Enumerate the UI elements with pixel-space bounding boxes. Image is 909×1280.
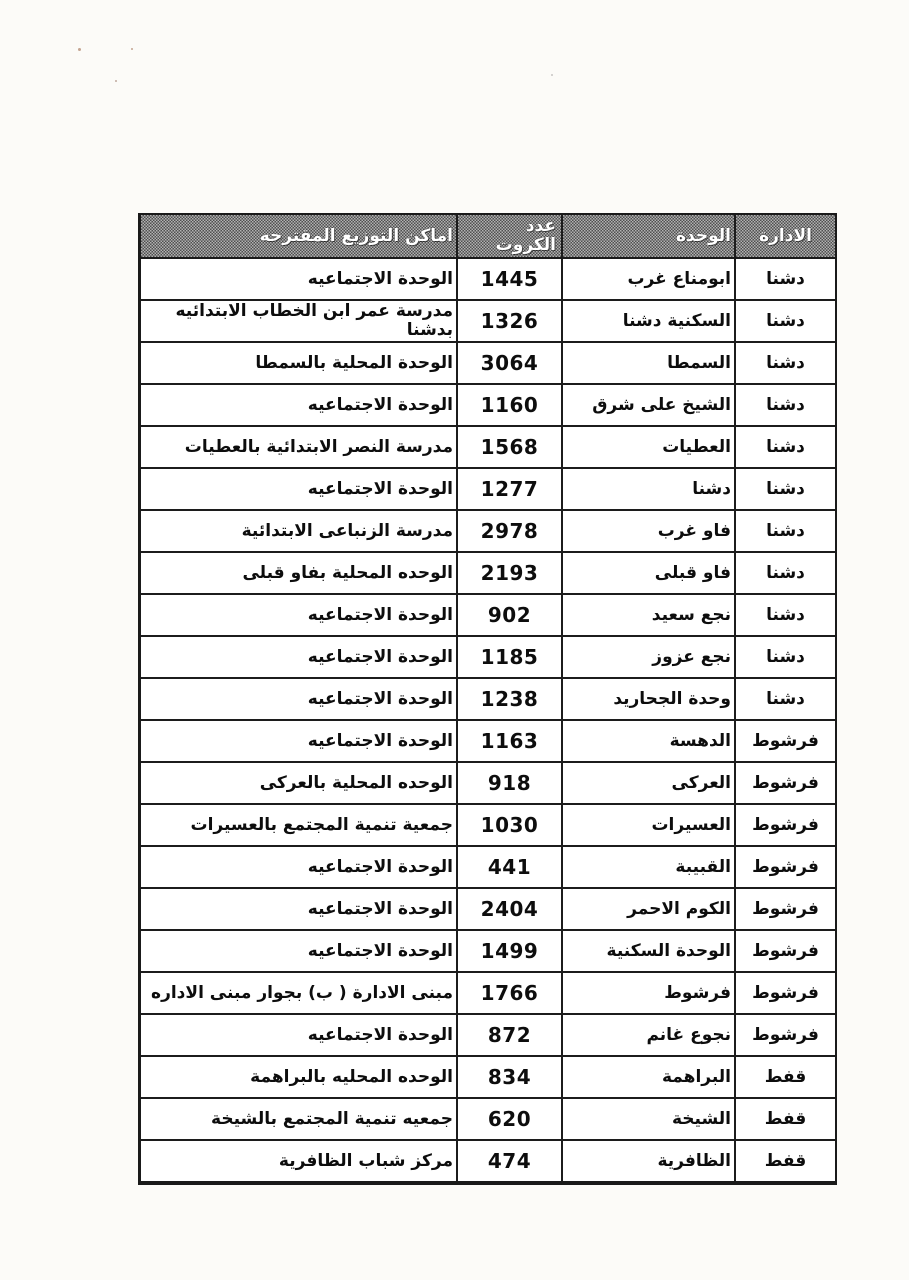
header-administration: الادارة <box>734 215 835 257</box>
cell-card-count: 1445 <box>456 259 561 299</box>
cell-unit: البراهمة <box>561 1057 734 1097</box>
cell-unit: القبيبة <box>561 847 734 887</box>
cell-unit: الشيخ على شرق <box>561 385 734 425</box>
cell-administration: دشنا <box>734 385 835 425</box>
cell-administration: دشنا <box>734 259 835 299</box>
table-row: الوحدة الاجتماعيه 1163 الدهسة فرشوط <box>141 719 835 761</box>
table-row: جمعية تنمية المجتمع بالعسيرات 1030 العسي… <box>141 803 835 845</box>
cell-distribution-place: الوحده المحلية بفاو قبلى <box>141 553 456 593</box>
cell-distribution-place: مبنى الادارة ( ب) بجوار مبنى الاداره <box>141 973 456 1013</box>
header-card-count: عدد الكروت <box>456 215 561 257</box>
table-row: مدرسة النصر الابتدائية بالعطيات 1568 الع… <box>141 425 835 467</box>
cell-unit: الكوم الاحمر <box>561 889 734 929</box>
table-row: الوحدة الاجتماعيه 1185 نجع عزوز دشنا <box>141 635 835 677</box>
cell-administration: دشنا <box>734 637 835 677</box>
table-body: الوحدة الاجتماعيه 1445 ابومناع غرب دشنا … <box>141 259 835 1181</box>
cell-distribution-place: مدرسة الزنباعى الابتدائية <box>141 511 456 551</box>
cell-unit: فرشوط <box>561 973 734 1013</box>
cell-card-count: 1326 <box>456 301 561 341</box>
table-row: مدرسة الزنباعى الابتدائية 2978 فاو غرب د… <box>141 509 835 551</box>
cell-distribution-place: الوحدة الاجتماعيه <box>141 847 456 887</box>
cell-distribution-place: الوحدة الاجتماعيه <box>141 469 456 509</box>
header-distribution-places: اماكن التوزيع المقترحه <box>141 215 456 257</box>
scanned-page: اماكن التوزيع المقترحه عدد الكروت الوحدة… <box>0 0 909 1280</box>
cell-unit: العطيات <box>561 427 734 467</box>
cell-administration: دشنا <box>734 553 835 593</box>
cell-administration: دشنا <box>734 343 835 383</box>
cell-administration: فرشوط <box>734 931 835 971</box>
cell-unit: وحدة الجحاريد <box>561 679 734 719</box>
table-row: الوحده المحلية بفاو قبلى 2193 فاو قبلى د… <box>141 551 835 593</box>
cell-unit: الدهسة <box>561 721 734 761</box>
cell-unit: ابومناع غرب <box>561 259 734 299</box>
cell-distribution-place: الوحدة الاجتماعيه <box>141 637 456 677</box>
cell-distribution-place: الوحدة الاجتماعيه <box>141 595 456 635</box>
cell-distribution-place: الوحدة الاجتماعيه <box>141 889 456 929</box>
cell-card-count: 1160 <box>456 385 561 425</box>
cell-distribution-place: الوحدة الاجتماعيه <box>141 259 456 299</box>
cell-distribution-place: جمعيه تنمية المجتمع بالشيخة <box>141 1099 456 1139</box>
cell-card-count: 620 <box>456 1099 561 1139</box>
scan-speck <box>115 80 117 82</box>
cell-card-count: 1277 <box>456 469 561 509</box>
cell-unit: نجوع غانم <box>561 1015 734 1055</box>
cell-distribution-place: الوحدة الاجتماعيه <box>141 679 456 719</box>
cell-unit: السكنية دشنا <box>561 301 734 341</box>
cell-distribution-place: الوحدة الاجتماعيه <box>141 385 456 425</box>
cell-card-count: 441 <box>456 847 561 887</box>
cell-distribution-place: الوحدة المحلية بالسمطا <box>141 343 456 383</box>
table-row: الوحدة الاجتماعيه 2404 الكوم الاحمر فرشو… <box>141 887 835 929</box>
cell-card-count: 2404 <box>456 889 561 929</box>
cell-distribution-place: مدرسة عمر ابن الخطاب الابتدائيه بدشنا <box>141 301 456 341</box>
cell-administration: دشنا <box>734 511 835 551</box>
scan-speck <box>551 74 553 76</box>
cell-administration: قفط <box>734 1141 835 1181</box>
cell-unit: العركى <box>561 763 734 803</box>
table-row: الوحدة الاجتماعيه 441 القبيبة فرشوط <box>141 845 835 887</box>
scan-speck <box>131 48 133 50</box>
table-row: الوحدة الاجتماعيه 1277 دشنا دشنا <box>141 467 835 509</box>
cell-administration: دشنا <box>734 427 835 467</box>
header-unit: الوحدة <box>561 215 734 257</box>
cell-administration: فرشوط <box>734 847 835 887</box>
cell-card-count: 1766 <box>456 973 561 1013</box>
cell-unit: دشنا <box>561 469 734 509</box>
cell-unit: العسيرات <box>561 805 734 845</box>
cell-card-count: 872 <box>456 1015 561 1055</box>
table-row: الوحدة الاجتماعيه 1160 الشيخ على شرق دشن… <box>141 383 835 425</box>
cell-administration: فرشوط <box>734 721 835 761</box>
cell-card-count: 902 <box>456 595 561 635</box>
table-row: الوحدة الاجتماعيه 872 نجوع غانم فرشوط <box>141 1013 835 1055</box>
table-row: جمعيه تنمية المجتمع بالشيخة 620 الشيخة ق… <box>141 1097 835 1139</box>
cell-card-count: 1185 <box>456 637 561 677</box>
table-row: الوحدة الاجتماعيه 1445 ابومناع غرب دشنا <box>141 259 835 299</box>
cell-administration: دشنا <box>734 469 835 509</box>
cell-distribution-place: جمعية تنمية المجتمع بالعسيرات <box>141 805 456 845</box>
cell-distribution-place: مركز شباب الظافرية <box>141 1141 456 1181</box>
cell-administration: فرشوط <box>734 973 835 1013</box>
cell-unit: فاو قبلى <box>561 553 734 593</box>
cell-administration: فرشوط <box>734 805 835 845</box>
cell-administration: قفط <box>734 1099 835 1139</box>
cell-card-count: 1568 <box>456 427 561 467</box>
cell-card-count: 834 <box>456 1057 561 1097</box>
cell-distribution-place: مدرسة النصر الابتدائية بالعطيات <box>141 427 456 467</box>
cell-card-count: 1499 <box>456 931 561 971</box>
cell-distribution-place: الوحدة الاجتماعيه <box>141 931 456 971</box>
table-header-row: اماكن التوزيع المقترحه عدد الكروت الوحدة… <box>141 215 835 259</box>
cell-administration: فرشوط <box>734 1015 835 1055</box>
cell-card-count: 2978 <box>456 511 561 551</box>
table-row: مبنى الادارة ( ب) بجوار مبنى الاداره 176… <box>141 971 835 1013</box>
cell-distribution-place: الوحده المحلية بالعركى <box>141 763 456 803</box>
table-row: الوحدة المحلية بالسمطا 3064 السمطا دشنا <box>141 341 835 383</box>
cell-distribution-place: الوحدة الاجتماعيه <box>141 721 456 761</box>
cell-card-count: 3064 <box>456 343 561 383</box>
cell-card-count: 1030 <box>456 805 561 845</box>
table-row: الوحده المحلية بالعركى 918 العركى فرشوط <box>141 761 835 803</box>
table-row: الوحدة الاجتماعيه 902 نجع سعيد دشنا <box>141 593 835 635</box>
cell-card-count: 474 <box>456 1141 561 1181</box>
table-row: مركز شباب الظافرية 474 الظافرية قفط <box>141 1139 835 1181</box>
card-distribution-table: اماكن التوزيع المقترحه عدد الكروت الوحدة… <box>138 213 837 1185</box>
cell-administration: قفط <box>734 1057 835 1097</box>
table-row: مدرسة عمر ابن الخطاب الابتدائيه بدشنا 13… <box>141 299 835 341</box>
scan-speck <box>78 48 81 51</box>
cell-administration: دشنا <box>734 595 835 635</box>
cell-unit: فاو غرب <box>561 511 734 551</box>
cell-card-count: 918 <box>456 763 561 803</box>
cell-unit: نجع عزوز <box>561 637 734 677</box>
cell-administration: دشنا <box>734 679 835 719</box>
cell-administration: فرشوط <box>734 763 835 803</box>
cell-card-count: 1238 <box>456 679 561 719</box>
table-row: الوحده المحليه بالبراهمة 834 البراهمة قف… <box>141 1055 835 1097</box>
cell-administration: دشنا <box>734 301 835 341</box>
cell-card-count: 1163 <box>456 721 561 761</box>
cell-unit: الظافرية <box>561 1141 734 1181</box>
table-row: الوحدة الاجتماعيه 1238 وحدة الجحاريد دشن… <box>141 677 835 719</box>
cell-unit: نجع سعيد <box>561 595 734 635</box>
cell-distribution-place: الوحدة الاجتماعيه <box>141 1015 456 1055</box>
cell-unit: الشيخة <box>561 1099 734 1139</box>
cell-administration: فرشوط <box>734 889 835 929</box>
cell-unit: السمطا <box>561 343 734 383</box>
cell-card-count: 2193 <box>456 553 561 593</box>
cell-distribution-place: الوحده المحليه بالبراهمة <box>141 1057 456 1097</box>
table-row: الوحدة الاجتماعيه 1499 الوحدة السكنية فر… <box>141 929 835 971</box>
cell-unit: الوحدة السكنية <box>561 931 734 971</box>
